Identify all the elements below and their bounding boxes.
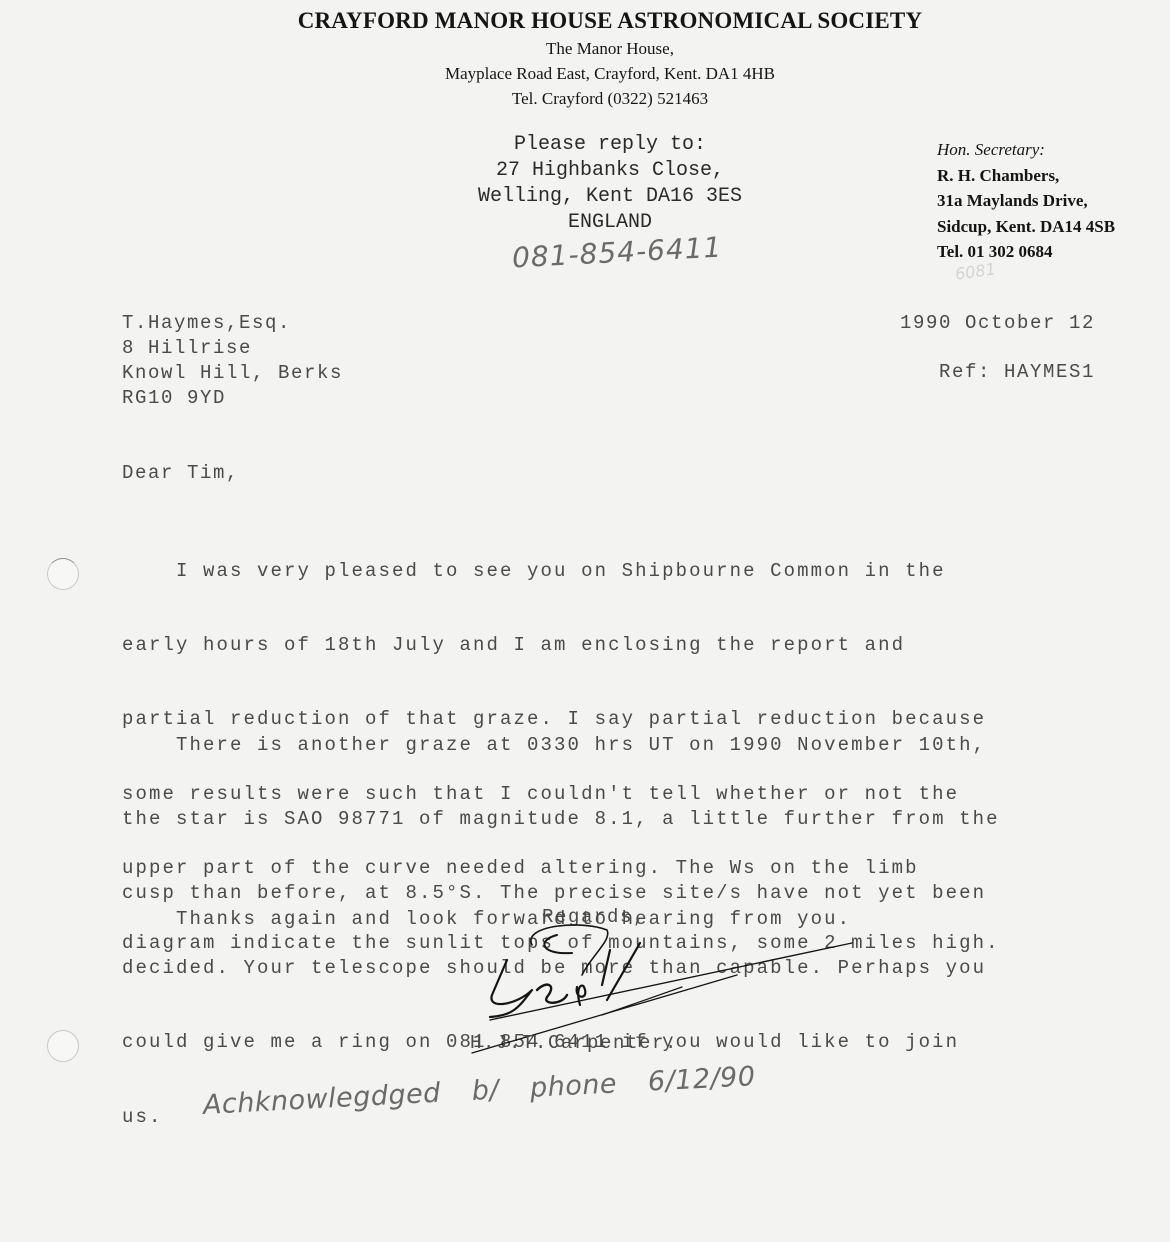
secretary-address-line-2: Sidcup, Kent. DA14 4SB <box>937 214 1115 240</box>
faint-pencil-mark: 6081 <box>954 259 997 283</box>
secretary-address-line-1: 31a Maylands Drive, <box>937 188 1115 214</box>
handwritten-phone-number: 081-854-6411 <box>511 231 723 275</box>
paragraph-line: early hours of 18th July and I am enclos… <box>122 633 1112 658</box>
recipient-address: T.Haymes,Esq. 8 Hillrise Knowl Hill, Ber… <box>122 311 343 411</box>
letterhead-telephone: Tel. Crayford (0322) 521463 <box>280 86 940 111</box>
letter-date: 1990 October 12 <box>900 311 1095 336</box>
secretary-telephone: Tel. 01 302 0684 <box>937 239 1115 265</box>
recipient-street: 8 Hillrise <box>122 336 343 361</box>
secretary-block: Hon. Secretary: R. H. Chambers, 31a Mayl… <box>937 137 1115 265</box>
reply-to-country: ENGLAND <box>430 210 790 236</box>
letter-reference: Ref: HAYMES1 <box>900 360 1095 385</box>
recipient-town: Knowl Hill, Berks <box>122 361 343 386</box>
letterhead: CRAYFORD MANOR HOUSE ASTRONOMICAL SOCIET… <box>280 6 940 111</box>
punch-hole-bottom <box>47 1030 79 1062</box>
paragraph-line: I was very pleased to see you on Shipbou… <box>122 559 1112 584</box>
paragraph-line: the star is SAO 98771 of magnitude 8.1, … <box>122 807 1112 832</box>
ack-word: b/ <box>471 1075 500 1107</box>
reply-to-line-1: 27 Highbanks Close, <box>430 158 790 184</box>
recipient-postcode: RG10 9YD <box>122 386 343 411</box>
secretary-title: Hon. Secretary: <box>937 137 1115 163</box>
salutation: Dear Tim, <box>122 461 239 486</box>
date-reference-block: 1990 October 12 Ref: HAYMES1 <box>900 311 1095 385</box>
reply-to-line-2: Welling, Kent DA16 3ES <box>430 184 790 210</box>
signer-name: H.J.T.Carpenter. <box>470 1032 678 1054</box>
paragraph-line: There is another graze at 0330 hrs UT on… <box>122 733 1112 758</box>
ack-date: 6/12/90 <box>647 1061 756 1098</box>
reply-to-block: Please reply to: 27 Highbanks Close, Wel… <box>430 132 790 236</box>
organization-name: CRAYFORD MANOR HOUSE ASTRONOMICAL SOCIET… <box>280 6 940 36</box>
recipient-name: T.Haymes,Esq. <box>122 311 343 336</box>
reply-to-heading: Please reply to: <box>430 132 790 158</box>
letterhead-address-line-1: The Manor House, <box>280 36 940 61</box>
punch-hole-top <box>47 558 79 590</box>
letterhead-address-line-2: Mayplace Road East, Crayford, Kent. DA1 … <box>280 61 940 86</box>
secretary-name: R. H. Chambers, <box>937 163 1115 189</box>
ack-word: phone <box>529 1068 618 1104</box>
